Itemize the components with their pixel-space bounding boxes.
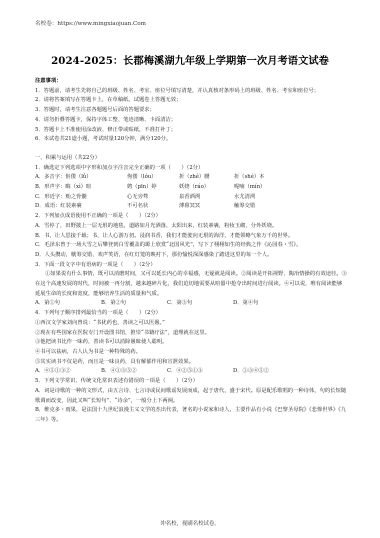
option-cell: 呢喃（mín） [234,183,294,193]
notice-item: 1．答题前，请考生先将自己的班级、姓名、考室、座位号填写清楚，并认真核对条形码上… [35,87,347,97]
option-cell: 触筹交错 [234,202,294,212]
question-4-options: A．④⑤①③② B．④①③⑤② C．④②⑤①③ D．①③④⑤② [35,367,347,377]
notice-item: 5．答题卡上不准使用涂改液、修正带或贴纸，不准打补丁； [35,126,347,136]
option-c: C．第③句 [167,299,233,309]
question-4-sentence: ⑤其实读书不仅是药，而且是一味良药，具有解郁作用和宣泄效果。 [35,358,347,368]
question-1-option-row: D．成语：红装素裹 不可名状 薄暮冥冥 触筹交错 [35,202,347,212]
section-heading: 一、积累与运用（共22分） [35,154,347,164]
option-cell: 薄暮冥冥 [179,202,234,212]
option-cell: A．多音字：伛偻（lǚ） [35,173,127,183]
question-3-passage: ①如果说有什么事情，既可以消磨时间，又可以延长内心的幸福感，无疑就是阅读。②阅读… [35,270,347,299]
option-a: A．④⑤①③② [35,367,101,377]
option-cell: 娉（pīn）婷 [127,183,179,193]
option-cell: 心无旁骛 [127,193,179,203]
question-3-options: A．第①句 B．第②句 C．第③句 D．第④句 [35,299,347,309]
option-cell: 折（zhé）腰 [179,173,234,183]
option-cell: 泉香酒洌 [179,193,234,203]
exam-page: 名校卷：https://www.mingxiaojuan.Com 2024-20… [0,0,380,538]
notice-item: 3．答题时，请考生注意各题题号后面的答题要求； [35,106,347,116]
option-c: C．④②⑤①③ [167,367,233,377]
question-5-option: A．词是诗歌的一种的文形式，由五言诗、七言诗或民间歌谣发展而成，起于唐代，盛于宋… [35,387,347,406]
question-4-sentence: ②现在有些国家在医院专门开设图书馆，推崇“书籍疗法”，道理就在这里。 [35,329,347,339]
question-1-option-row: C．形近字：贻之骨髓 心无旁骛 泉香酒洌 水尤清洌 [35,193,347,203]
question-2-option: A．雪停了，田野披上一层无垠的地毯，道路如月光洒落，太阳出来，红装素裹，粉妆玉砌… [35,222,347,232]
question-2-option: D．人头攒动，觥筹交错，欢声笑语，在红灯笼的映衬下，那份愉悦深深感染了踏进这里的… [35,251,347,261]
option-b: B．④①③⑤② [101,367,167,377]
question-5-stem: 5．下列文学常识、传统文化常识表述有错误的一项是（ ）（2分） [35,377,347,387]
option-cell: 折（shé）本 [234,173,294,183]
question-1-option-row: A．多音字：伛偻（lǚ） 佝偻（lóu） 折（zhé）腰 折（shé）本 [35,173,347,183]
question-1-option-row: B．形声字：晦（xì）暄 娉（pīn）婷 妖娆（ráo） 呢喃（mín） [35,183,347,193]
option-cell: C．形近字：贻之骨髓 [35,193,127,203]
question-4-sentence: ④书可以祛病，古人认为书是一种特殊的药。 [35,348,347,358]
option-a: A．第①句 [35,299,101,309]
notice-item: 6．本试卷共21道小题，考试时量120分钟，满分120分。 [35,135,347,145]
question-2-option: C．毛泽东曾于一场大雪之后攀登到白雪覆盖的塬上欣赏“北国风光”，写下了栩栩如生的… [35,241,347,251]
notice-item: 4．请勿折叠答题卡，保持字体工整、笔迹清晰、卡面清洁； [35,116,347,126]
question-1-stem: 1．确选定下列选项中字形和加点字注音完全正确的一项（ ）（2分） [35,164,347,174]
option-cell: B．形声字：晦（xì）暄 [35,183,127,193]
option-b: B．第②句 [101,299,167,309]
option-cell: 不可名状 [127,202,179,212]
option-cell: 佝偻（lóu） [127,173,179,183]
option-cell: 妖娆（ráo） [179,183,234,193]
question-5-option: B．维克多・雨果，是法国十九世纪浪漫主义文学的杰出代表，著名的小说家和诗人，主要… [35,406,347,425]
option-cell: 水尤清洌 [234,193,294,203]
question-4-stem: 4．下列句子顺序排列最恰当的一项是（ ）（2分） [35,309,347,319]
header-url: 名校卷：https://www.mingxiaojuan.Com [35,19,146,27]
question-2-option: B．书，让人思接千载；书，让人心游万仞。浸润书香，我们才能驶向无垠的海洋，才能领… [35,232,347,242]
option-cell: D．成语：红装素裹 [35,202,127,212]
notice-heading: 注意事项： [35,77,347,87]
exam-body: 注意事项： 1．答题前，请考生先将自己的班级、姓名、考室、座位号填写清楚，并认真… [35,77,347,426]
question-4-sentence: ③他把读书比作一味药，善读书可以消除愚昧使人聪明。 [35,338,347,348]
question-4-sentence: ①西汉文学家刘向曾说：“书犹药也，善读之可以医愚。” [35,319,347,329]
page-title: 2024-2025：长郡梅溪湖九年级上学期第一次月考语文试卷 [0,52,380,67]
footer-text: 冲名校，视刷名校试卷。 [0,519,380,527]
option-d: D．①③④⑤② [233,367,299,377]
question-3-stem: 3．下面一段文字中有语病的一项是（ ）（2分） [35,261,347,271]
option-d: D．第④句 [233,299,299,309]
question-2-stem: 2．下列加点成语使用不正确的一项是（ ）（2分） [35,212,347,222]
notice-item: 2．请将答案填写在答题卡上，在草稿纸、试题卷上答题无效； [35,96,347,106]
